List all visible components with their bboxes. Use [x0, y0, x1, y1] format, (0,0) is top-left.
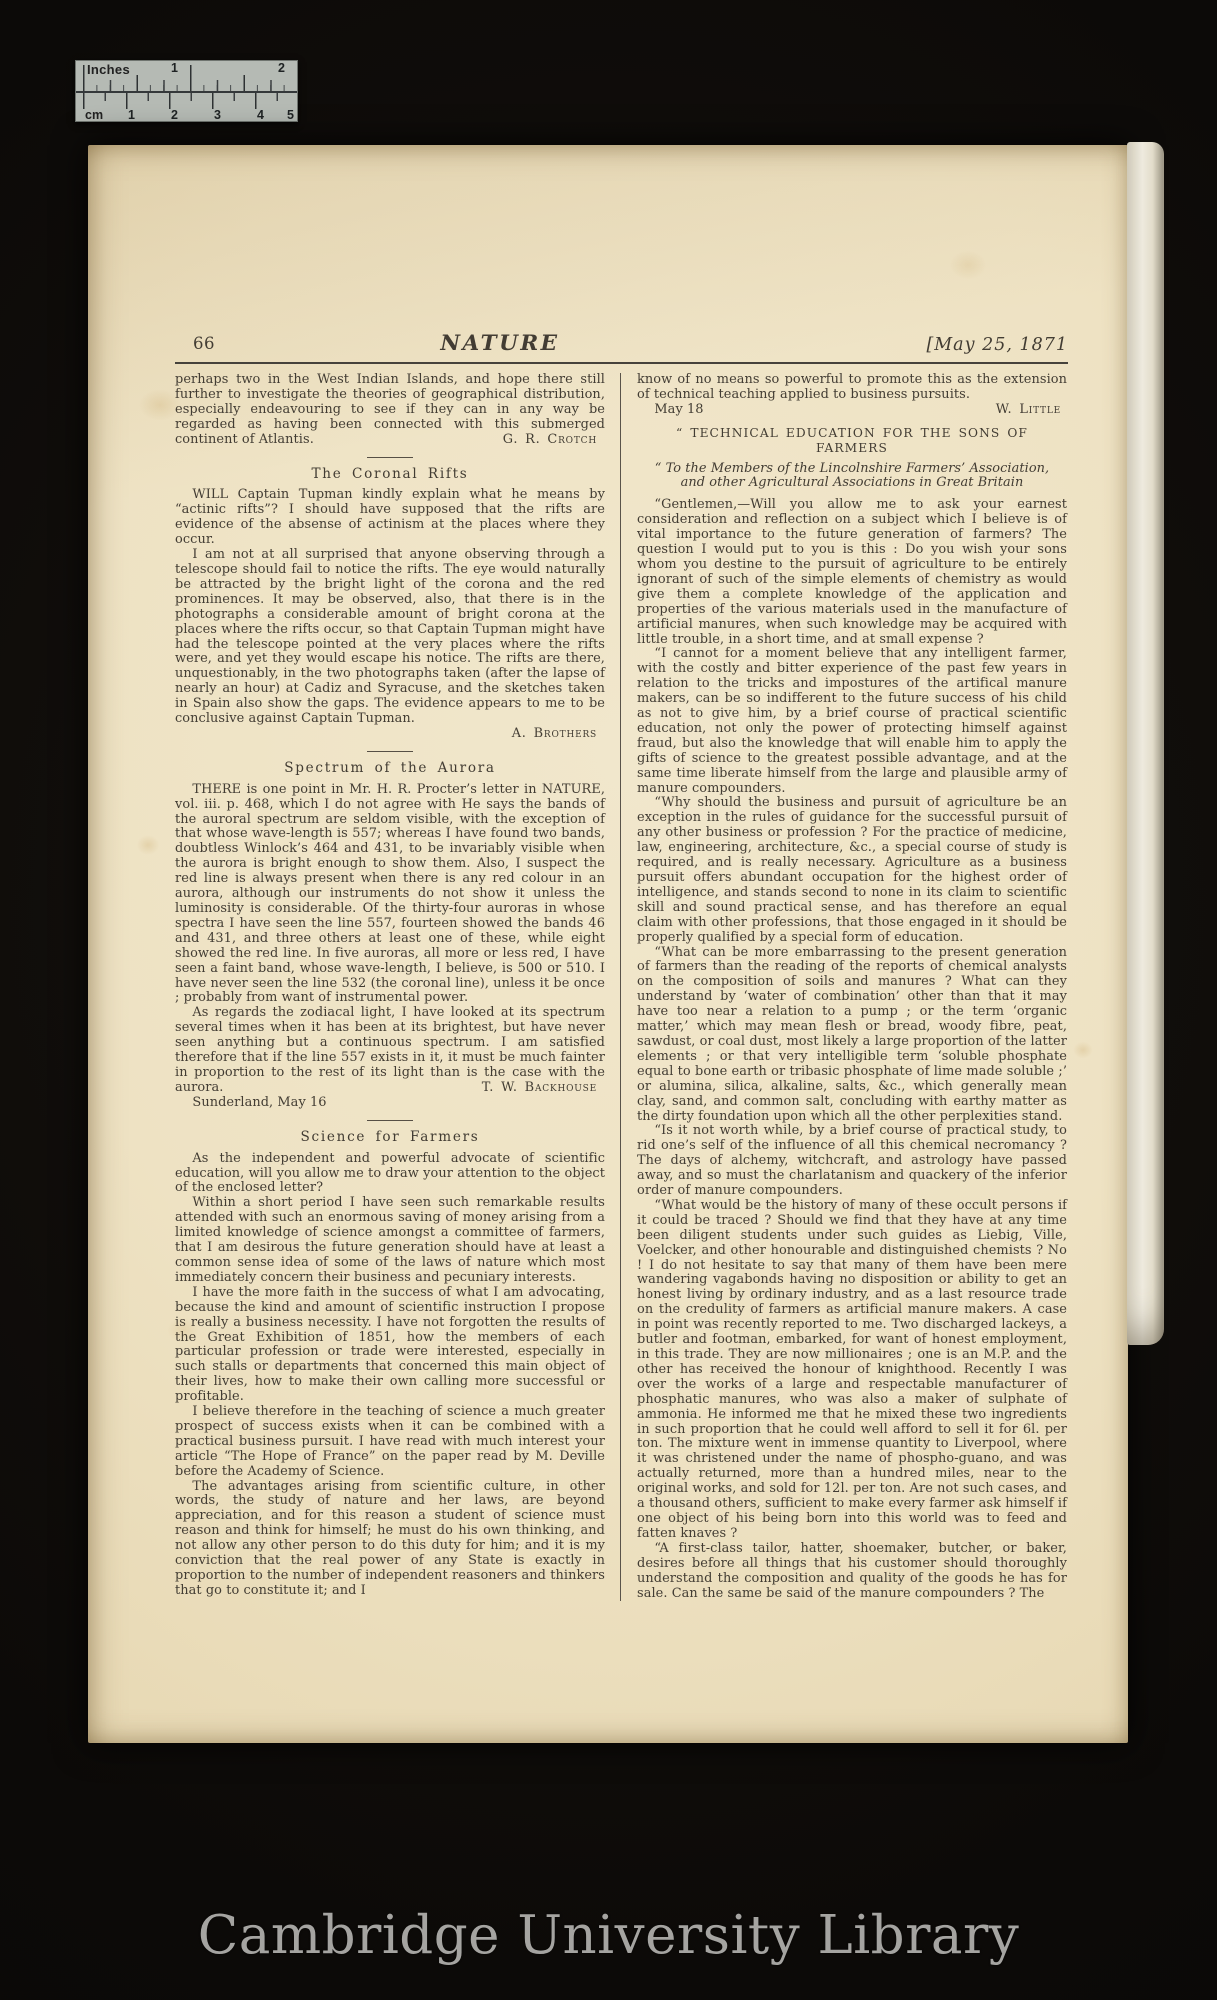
issue-date: [May 25, 1871 — [926, 335, 1068, 355]
letter-title: “ TECHNICAL EDUCATION FOR THE SONS OF FA… — [637, 426, 1067, 456]
dateline: May 18 — [637, 403, 704, 418]
paragraph: “Is it not worth while, by a brief cours… — [637, 1124, 1067, 1199]
section-heading: The Coronal Rifts — [175, 467, 605, 482]
page-number: 66 — [193, 334, 215, 353]
paragraph: I am not at all surprised that anyone ob… — [175, 548, 605, 727]
ruler-cm-number: 4 — [257, 108, 264, 122]
left-column: perhaps two in the West Indian Islands, … — [175, 373, 620, 1601]
paragraph: As the independent and powerful advocate… — [175, 1152, 605, 1197]
paragraph: I believe therefore in the teaching of s… — [175, 1405, 605, 1480]
paragraph-continuation: know of no means so powerful to promote … — [637, 373, 1067, 403]
masthead: 66 NATURE [May 25, 1871 — [175, 322, 1068, 364]
ruler-inches-scale: Inches 1 2 — [76, 61, 297, 93]
paragraph: “A first-class tailor, hatter, shoemaker… — [637, 1542, 1067, 1602]
paragraph: THERE is one point in Mr. H. R. Procter’… — [175, 783, 605, 1007]
ruler-cm-number: 5 — [287, 108, 294, 122]
ruler-cm-label: cm — [85, 108, 103, 122]
paragraph: “Why should the business and pursuit of … — [637, 796, 1067, 945]
book-fore-edge — [1127, 142, 1164, 1345]
signature: W. Little — [996, 403, 1061, 418]
ruler-inches-label: Inches — [87, 62, 130, 77]
ruler-inch-number: 2 — [278, 61, 285, 75]
paragraph: “What would be the history of many of th… — [637, 1199, 1067, 1542]
ruler-cm-number: 1 — [128, 108, 135, 122]
paragraph: The advantages arising from scientific c… — [175, 1480, 605, 1599]
section-heading: Spectrum of the Aurora — [175, 761, 605, 776]
ruler-cm-number: 3 — [214, 108, 221, 122]
paragraph: “I cannot for a moment believe that any … — [637, 647, 1067, 796]
ruler-cm-scale: cm 1 2 3 4 5 — [76, 93, 297, 123]
library-watermark: Cambridge University Library — [0, 1905, 1217, 1966]
ruler: Inches 1 2 cm 1 2 3 4 5 — [75, 60, 298, 122]
paragraph: I have the more faith in the success of … — [175, 1286, 605, 1405]
paragraph: WILL Captain Tupman kindly explain what … — [175, 488, 605, 548]
scanned-page: 66 NATURE [May 25, 1871 perhaps two in t… — [88, 145, 1128, 1743]
letter-addressee: “ To the Members of the Lincolnshire Far… — [643, 462, 1061, 492]
ruler-inch-number: 1 — [171, 61, 178, 75]
signature: T. W. Backhouse — [175, 1081, 605, 1096]
text-columns: perhaps two in the West Indian Islands, … — [175, 373, 1068, 1601]
paragraph: “Gentlemen,—Will you allow me to ask you… — [637, 498, 1067, 647]
paragraph: “What can be more embarrassing to the pr… — [637, 946, 1067, 1125]
signature: A. Brothers — [175, 727, 605, 742]
paragraph: Within a short period I have seen such r… — [175, 1196, 605, 1285]
section-separator — [367, 751, 413, 752]
section-heading: Science for Farmers — [175, 1130, 605, 1145]
right-column: know of no means so powerful to promote … — [620, 373, 1067, 1601]
section-separator — [367, 457, 413, 458]
ruler-cm-number: 2 — [171, 108, 178, 122]
dateline-with-signature: May 18W. Little — [637, 403, 1067, 418]
section-separator — [367, 1120, 413, 1121]
scan-background: Inches 1 2 cm 1 2 3 4 5 66 NATURE [May 2… — [0, 0, 1217, 2000]
dateline: Sunderland, May 16 — [175, 1096, 605, 1111]
journal-title: NATURE — [420, 331, 580, 356]
printed-area: 66 NATURE [May 25, 1871 perhaps two in t… — [175, 145, 1068, 1601]
